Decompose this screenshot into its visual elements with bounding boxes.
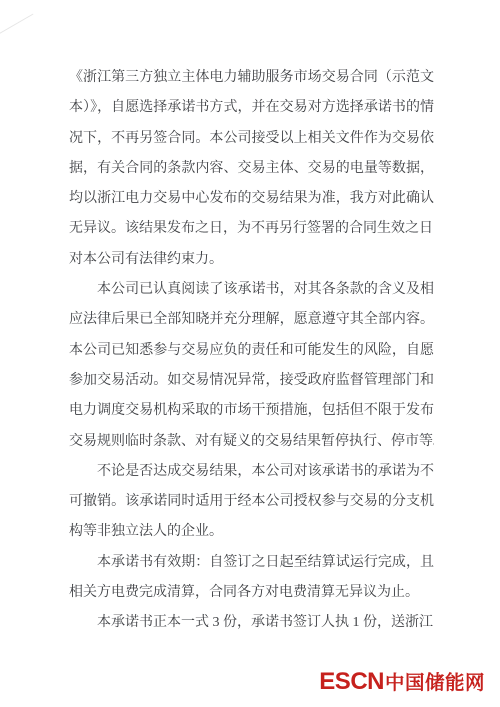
text-line: 均以浙江电力交易中心发布的交易结果为准，我方对此确认: [69, 184, 434, 214]
text-line: 电力调度交易机构采取的市场干预措施，包括但不限于发布: [69, 396, 434, 426]
text-line: 无异议。该结果发布之日，为不再另行签署的合同生效之日，: [69, 214, 434, 244]
text-line: 交易规则临时条款、对有疑义的交易结果暂停执行、停市等。: [69, 427, 434, 457]
text-line: 相关方电费完成清算，合同各方对电费清算无异议为止。: [69, 578, 434, 608]
text-line: 本）》，自愿选择承诺书方式，并在交易对方选择承诺书的情: [69, 93, 434, 123]
text-line: 本公司已知悉参与交易应负的责任和可能发生的风险，自愿: [69, 336, 434, 366]
text-line: 对本公司有法律约束力。: [69, 245, 434, 275]
text-line: 不论是否达成交易结果，本公司对该承诺书的承诺为不: [69, 457, 434, 487]
escn-logo: ESCN 中国储能网: [319, 670, 485, 694]
text-line: 本公司已认真阅读了该承诺书，对其各条款的含义及相: [69, 275, 434, 305]
text-line: 应法律后果已全部知晓并充分理解，愿意遵守其全部内容。: [69, 305, 434, 335]
text-line: 况下，不再另签合同。本公司接受以上相关文件作为交易依: [69, 124, 434, 154]
document-text: 《浙江第三方独立主体电力辅助服务市场交易合同（示范文 本）》，自愿选择承诺书方式…: [69, 63, 434, 639]
text-line: 构等非独立法人的企业。: [69, 517, 434, 547]
text-line: 据，有关合同的条款内容、交易主体、交易的电量等数据，: [69, 154, 434, 184]
text-line: 参加交易活动。如交易情况异常，接受政府监督管理部门和: [69, 366, 434, 396]
text-line: 《浙江第三方独立主体电力辅助服务市场交易合同（示范文: [69, 63, 434, 93]
text-line: 本承诺书正本一式 3 份，承诺书签订人执 1 份，送浙江: [69, 608, 434, 638]
scan-artifact: [0, 14, 33, 36]
escn-logo-chinese: 中国储能网: [385, 674, 485, 694]
text-line: 可撤销。该承诺同时适用于经本公司授权参与交易的分支机: [69, 487, 434, 517]
document-page: 《浙江第三方独立主体电力辅助服务市场交易合同（示范文 本）》，自愿选择承诺书方式…: [0, 0, 500, 707]
escn-logo-latin: ESCN: [319, 670, 384, 694]
text-line: 本承诺书有效期：自签订之日起至结算试运行完成，且: [69, 548, 434, 578]
